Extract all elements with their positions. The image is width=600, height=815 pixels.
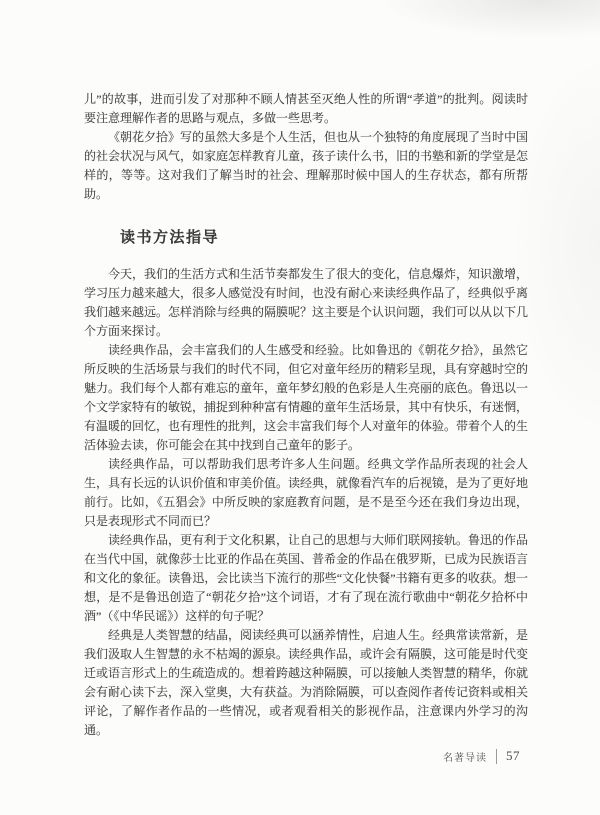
page-content: 儿”的故事，进而引发了对那种不顾人情甚至灭绝人性的所谓“孝道”的批判。阅读时要注…: [84, 0, 528, 740]
paragraph-guide-2: 读经典作品，会丰富我们的人生感受和经验。比如鲁迅的《朝花夕拾》，虽然它所反映的生…: [84, 341, 528, 455]
page-number: 57: [506, 748, 520, 764]
page-footer: 名著导读 57: [443, 748, 520, 764]
paragraph-guide-1: 今天，我们的生活方式和生活节奏都发生了很大的变化，信息爆炸，知识激增，学习压力越…: [84, 265, 528, 341]
footer-divider-line: [496, 749, 497, 764]
footer-section-label: 名著导读: [443, 749, 487, 764]
paragraph-continuation: 儿”的故事，进而引发了对那种不顾人情甚至灭绝人性的所谓“孝道”的批判。阅读时要注…: [84, 90, 528, 128]
paragraph-overview: 《朝花夕拾》写的虽然大多是个人生活，但也从一个独特的角度展现了当时中国的社会状况…: [84, 128, 528, 204]
section-heading: 读书方法指导: [84, 227, 528, 248]
paragraph-guide-3: 读经典作品，可以帮助我们思考许多人生问题。经典文学作品所表现的社会人生，具有长远…: [84, 455, 528, 531]
textbook-page: 儿”的故事，进而引发了对那种不顾人情甚至灭绝人性的所谓“孝道”的批判。阅读时要注…: [0, 0, 600, 815]
paragraph-guide-5: 经典是人类智慧的结晶，阅读经典可以涵养情性，启迪人生。经典常读常新，是我们汲取人…: [84, 626, 528, 740]
paragraph-guide-4: 读经典作品，更有利于文化积累，让自己的思想与大师们联网接轨。鲁迅的作品在当代中国…: [84, 531, 528, 626]
